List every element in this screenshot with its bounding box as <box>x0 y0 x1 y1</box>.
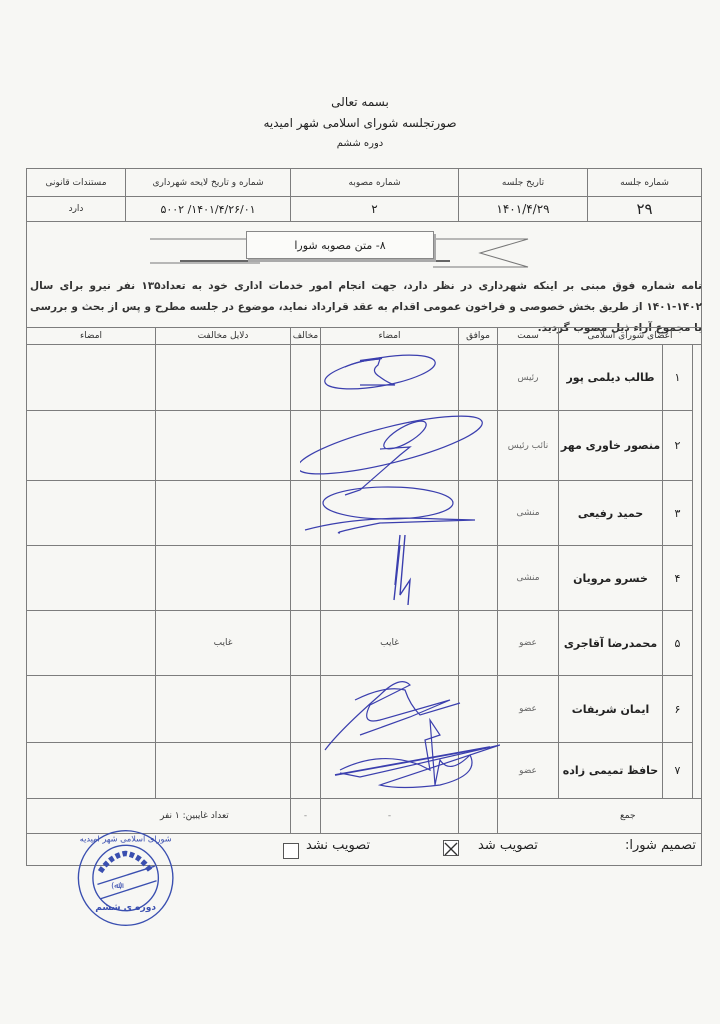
approved-checkbox[interactable] <box>443 840 459 856</box>
member-role: نائب رئیس <box>498 411 558 480</box>
member-name: طالب دیلمی پور <box>559 345 662 410</box>
member-name: خسرو مرویان <box>559 546 662 610</box>
council-stamp-icon: (ﷲ) شورای اسلامی شهر امیدیه دوره ی ششم <box>62 828 192 928</box>
svg-text:(ﷲ): (ﷲ) <box>111 880 124 890</box>
row-number: ۱ <box>663 345 692 410</box>
member-name: حمید رفیعی <box>559 481 662 545</box>
member-role: منشی <box>498 481 558 545</box>
frame-right <box>701 168 702 865</box>
header-bill-number-date: شماره و تاریخ لایحه شهرداری <box>126 169 290 196</box>
row-number: ۲ <box>663 411 692 480</box>
member-role: منشی <box>498 546 558 610</box>
rejected-checkbox[interactable] <box>283 843 299 859</box>
stamp-inner-text: دوره ی ششم <box>95 903 156 913</box>
rejected-label: تصویب نشد <box>306 838 370 853</box>
document-title: صورتجلسه شورای اسلامی شهر امیدیه <box>0 112 720 134</box>
member-role: عضو <box>498 611 558 675</box>
row-number: ۵ <box>663 611 692 675</box>
header-session-date: تاریخ جلسه <box>459 169 587 196</box>
signature-icon <box>300 348 500 787</box>
header-legal-documents: مستندات قانونی <box>27 169 125 196</box>
member-name: محمدرضا آقاجری <box>559 611 662 675</box>
approved-label: تصویب شد <box>478 838 538 853</box>
session-number-value: ۲۹ <box>588 197 701 221</box>
total-oppose: - <box>291 799 320 833</box>
member-role: عضو <box>498 676 558 742</box>
decision-label: تصمیم شورا: <box>625 838 696 853</box>
session-date-value: ۱۴۰۱/۴/۲۹ <box>459 197 587 221</box>
header-resolution-number: شماره مصوبه <box>291 169 458 196</box>
resolution-number-value: ۲ <box>291 197 458 221</box>
council-term: دوره ششم <box>0 134 720 154</box>
bill-number-date-value: ۱۴۰۱/۴/۲۶/۰۱/ ۵۰۰۲ <box>126 197 290 221</box>
frame-left <box>26 168 27 865</box>
col-agree-signature: امضاء <box>321 328 458 344</box>
member-role: رئیس <box>498 345 558 410</box>
checked-x-icon <box>444 842 458 856</box>
col-members: اعضای شورای اسلامی <box>559 328 701 344</box>
member-name: حافظ تمیمی زاده <box>559 743 662 798</box>
col-oppose: مخالف <box>291 328 320 344</box>
header-session-number: شماره جلسه <box>588 169 701 196</box>
row-number: ۳ <box>663 481 692 545</box>
absent-reason: غایب <box>156 611 290 675</box>
col-reasons: دلایل مخالفت <box>156 328 290 344</box>
bismillah: بسمه تعالی <box>0 92 720 112</box>
signatures <box>300 345 500 800</box>
total-agree-signature: - <box>321 799 458 833</box>
total-label: جمع <box>620 799 698 833</box>
stamp-outer-text: شورای اسلامی شهر امیدیه <box>80 834 172 844</box>
section-banner: ۸- متن مصوبه شورا <box>246 231 434 259</box>
col-role: سمت <box>498 328 558 344</box>
row-number: ۷ <box>663 743 692 798</box>
document-header: بسمه تعالی صورتجلسه شورای اسلامی شهر امی… <box>0 92 720 154</box>
col-oppose-signature: امضاء <box>27 328 155 344</box>
col-agree: موافق <box>459 328 497 344</box>
member-name: ایمان شریفات <box>559 676 662 742</box>
member-role: عضو <box>498 743 558 798</box>
member-name: منصور خاوری مهر <box>559 411 662 480</box>
row-number: ۴ <box>663 546 692 610</box>
legal-documents-value: دارد <box>27 197 125 221</box>
row-number: ۶ <box>663 676 692 742</box>
